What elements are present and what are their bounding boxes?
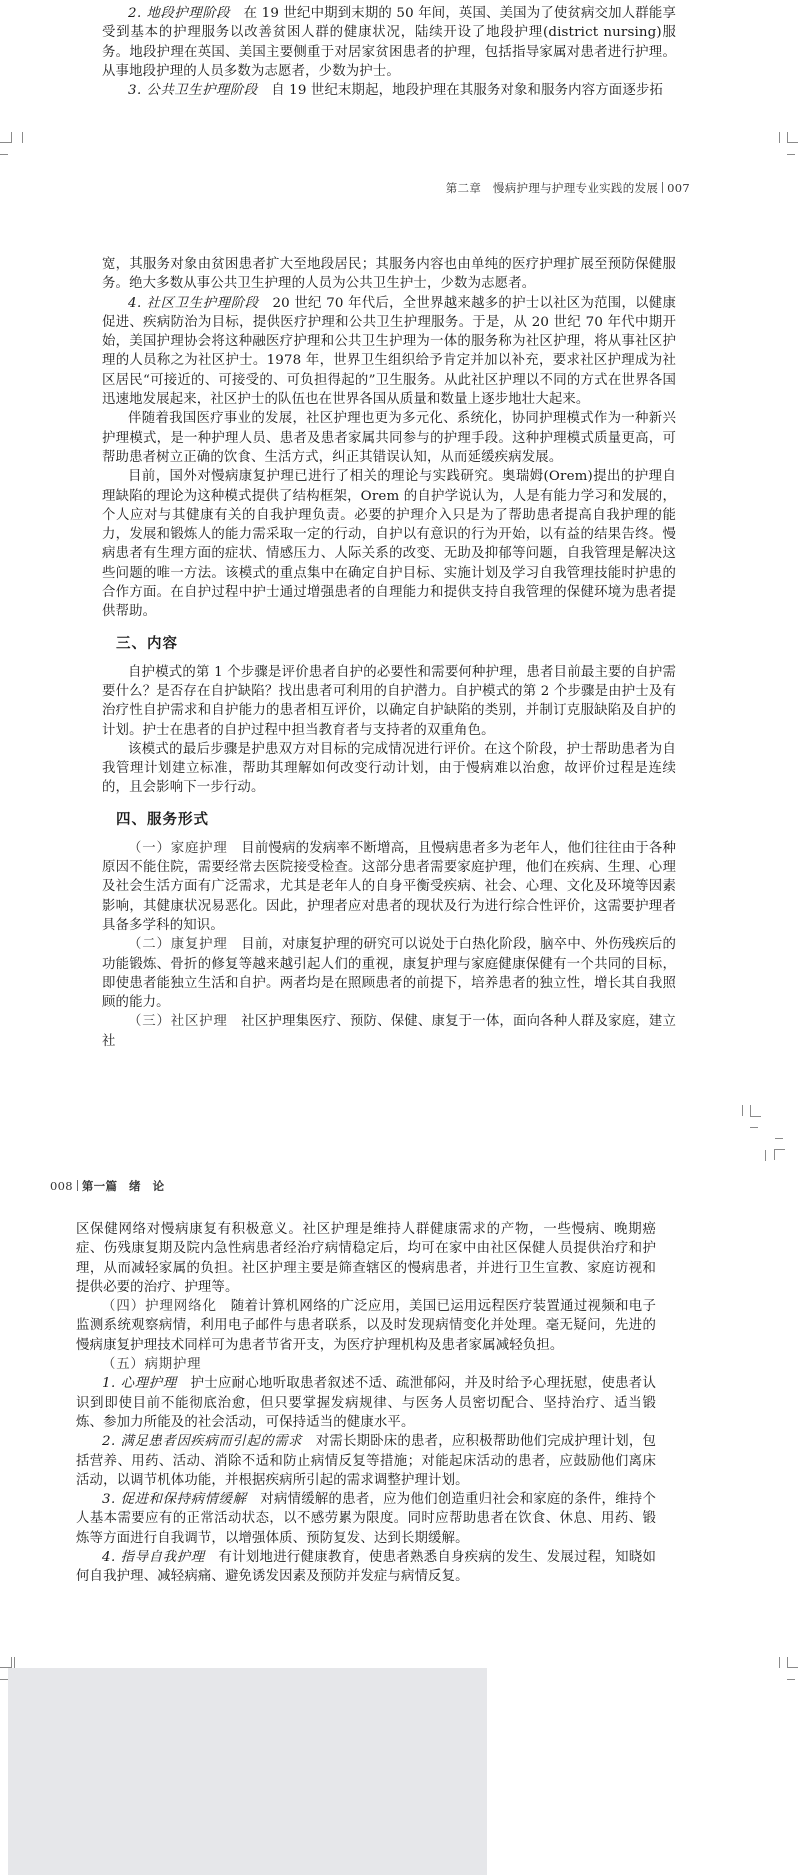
paragraph: 4. 指导自我护理 有计划地进行健康教育，使患者熟悉自身疾病的发生、发展过程，知… [76, 1548, 656, 1587]
crop-mark [22, 132, 23, 143]
paragraph-lead: （三）社区护理 [128, 1014, 228, 1029]
text-block-007: 宽，其服务对象由贫困患者扩大至地段居民；其服务内容也由单纯的医疗护理扩展至预防保… [102, 255, 676, 1051]
crop-mark [14, 1657, 15, 1668]
section-heading: 三、内容 [116, 632, 676, 653]
running-head: 008第一篇 绪 论 [50, 1178, 164, 1194]
paragraph: 目前，国外对慢病康复护理已进行了相关的理论与实践研究。奥瑞姆(Orem)提出的护… [102, 467, 676, 621]
paragraph-lead: 2. 地段护理阶段 [128, 6, 230, 21]
crop-mark [779, 1657, 780, 1668]
crop-mark [11, 132, 12, 143]
text-block-008: 区保健网络对慢病康复有积极意义。社区护理是维持人群健康需求的产物，一些慢病、晚期… [76, 1220, 656, 1587]
paragraph-lead: 4. 社区卫生护理阶段 [128, 296, 259, 311]
paragraph: 区保健网络对慢病康复有积极意义。社区护理是维持人群健康需求的产物，一些慢病、晚期… [76, 1220, 656, 1297]
paragraph-lead: （二）康复护理 [128, 937, 228, 952]
crop-mark [787, 154, 795, 155]
crop-mark [779, 132, 780, 143]
paragraph: 3. 公共卫生护理阶段 自 19 世纪末期起，地段护理在其服务对象和服务内容方面… [102, 81, 676, 100]
crop-mark [774, 1149, 775, 1160]
crop-mark [0, 142, 11, 143]
paragraph-lead: （一）家庭护理 [128, 841, 228, 856]
paragraph: 伴随着我国医疗事业的发展，社区护理也更为多元化、系统化，协同护理模式作为一种新兴… [102, 409, 676, 467]
paragraph: （二）康复护理 目前，对康复护理的研究可以说处于白热化阶段，脑卒中、外伤残疾后的… [102, 935, 676, 1012]
crop-mark [750, 1127, 758, 1128]
crop-mark [787, 1667, 798, 1668]
running-head: 第二章 慢病护理与护理专业实践的发展007 [446, 180, 690, 196]
crop-mark [0, 1679, 8, 1680]
paragraph-text: 目前，国外对慢病康复护理已进行了相关的理论与实践研究。奥瑞姆(Orem)提出的护… [102, 469, 676, 619]
paragraph: 该模式的最后步骤是护患双方对目标的完成情况进行评价。在这个阶段，护士帮助患者为自… [102, 740, 676, 798]
chapter-title: 第二章 慢病护理与护理专业实践的发展 [446, 181, 658, 195]
page-number: 008 [50, 1179, 73, 1193]
crop-mark [750, 1105, 751, 1116]
paragraph: 3. 促进和保持病情缓解 对病情缓解的患者，应为他们创造重归社会和家庭的条件，维… [76, 1490, 656, 1548]
divider [662, 182, 663, 193]
paragraph: 4. 社区卫生护理阶段 20 世纪 70 年代后，全世界越来越多的护士以社区为范… [102, 294, 676, 410]
page-number: 007 [667, 181, 690, 195]
crop-mark [750, 1116, 761, 1117]
crop-mark [0, 154, 8, 155]
paragraph-lead: 4. 指导自我护理 [102, 1550, 205, 1565]
paragraph: 宽，其服务对象由贫困患者扩大至地段居民；其服务内容也由单纯的医疗护理扩展至预防保… [102, 255, 676, 294]
paragraph-text: 20 世纪 70 年代后，全世界越来越多的护士以社区为范围，以健康促进、疾病防治… [102, 296, 676, 407]
paragraph: （五）病期护理 [76, 1355, 656, 1374]
text-block-top: 2. 地段护理阶段 在 19 世纪中期到末期的 50 年间，英国、美国为了使贫病… [102, 4, 676, 100]
paragraph: 2. 满足患者因疾病而引起的需求 对需长期卧床的患者，应积极帮助他们完成护理计划… [76, 1432, 656, 1490]
section-heading: 四、服务形式 [116, 808, 676, 829]
crop-mark [787, 142, 798, 143]
paragraph-lead: 3. 促进和保持病情缓解 [102, 1492, 247, 1507]
paragraph-lead: 3. 公共卫生护理阶段 [128, 83, 258, 98]
paragraph-text: 该模式的最后步骤是护患双方对目标的完成情况进行评价。在这个阶段，护士帮助患者为自… [102, 742, 676, 796]
crop-mark [774, 1149, 785, 1150]
blank-next-page [8, 1669, 486, 1875]
paragraph: 自护模式的第 1 个步骤是评价患者自护的必要性和需要何种护理，患者目前最主要的自… [102, 663, 676, 740]
paragraph: 2. 地段护理阶段 在 19 世纪中期到末期的 50 年间，英国、美国为了使贫病… [102, 4, 676, 81]
paragraph-lead: （五）病期护理 [102, 1357, 201, 1372]
divider [77, 1180, 78, 1191]
page-fragment-top: 2. 地段护理阶段 在 19 世纪中期到末期的 50 年间，英国、美国为了使贫病… [0, 0, 800, 150]
page-008: 008第一篇 绪 论 区保健网络对慢病康复有积极意义。社区护理是维持人群健康需求… [0, 1170, 800, 1660]
paragraph-lead: 2. 满足患者因疾病而引起的需求 [102, 1434, 302, 1449]
paragraph-text: 区保健网络对慢病康复有积极意义。社区护理是维持人群健康需求的产物，一些慢病、晚期… [76, 1222, 656, 1295]
paragraph-text: 宽，其服务对象由贫困患者扩大至地段居民；其服务内容也由单纯的医疗护理扩展至预防保… [102, 257, 676, 291]
paragraph-text: 伴随着我国医疗事业的发展，社区护理也更为多元化、系统化，协同护理模式作为一种新兴… [102, 411, 676, 465]
paragraph: （三）社区护理 社区护理集医疗、预防、保健、康复于一体，面向各种人群及家庭，建立… [102, 1012, 676, 1051]
paragraph-text: 自 19 世纪末期起，地段护理在其服务对象和服务内容方面逐步拓 [258, 83, 663, 98]
crop-mark [765, 1150, 766, 1161]
page-007: 第二章 慢病护理与护理专业实践的发展007 宽，其服务对象由贫困患者扩大至地段居… [0, 160, 800, 1090]
paragraph: 1. 心理护理 护士应耐心地听取患者叙述不适、疏泄郁闷，并及时给予心理抚慰，使患… [76, 1374, 656, 1432]
part-title: 第一篇 绪 论 [82, 1179, 165, 1193]
crop-mark [787, 1679, 795, 1680]
crop-mark [775, 1138, 783, 1139]
paragraph: （四）护理网络化 随着计算机网络的广泛应用，美国已运用远程医疗装置通过视频和电子… [76, 1297, 656, 1355]
paragraph: （一）家庭护理 目前慢病的发病率不断增高，且慢病患者多为老年人，他们往往由于各种… [102, 839, 676, 935]
paragraph-text: 自护模式的第 1 个步骤是评价患者自护的必要性和需要何种护理，患者目前最主要的自… [102, 665, 676, 738]
crop-mark [742, 1105, 743, 1116]
crop-mark [11, 1657, 12, 1668]
paragraph-lead: 1. 心理护理 [102, 1376, 177, 1391]
paragraph-lead: （四）护理网络化 [102, 1299, 217, 1314]
